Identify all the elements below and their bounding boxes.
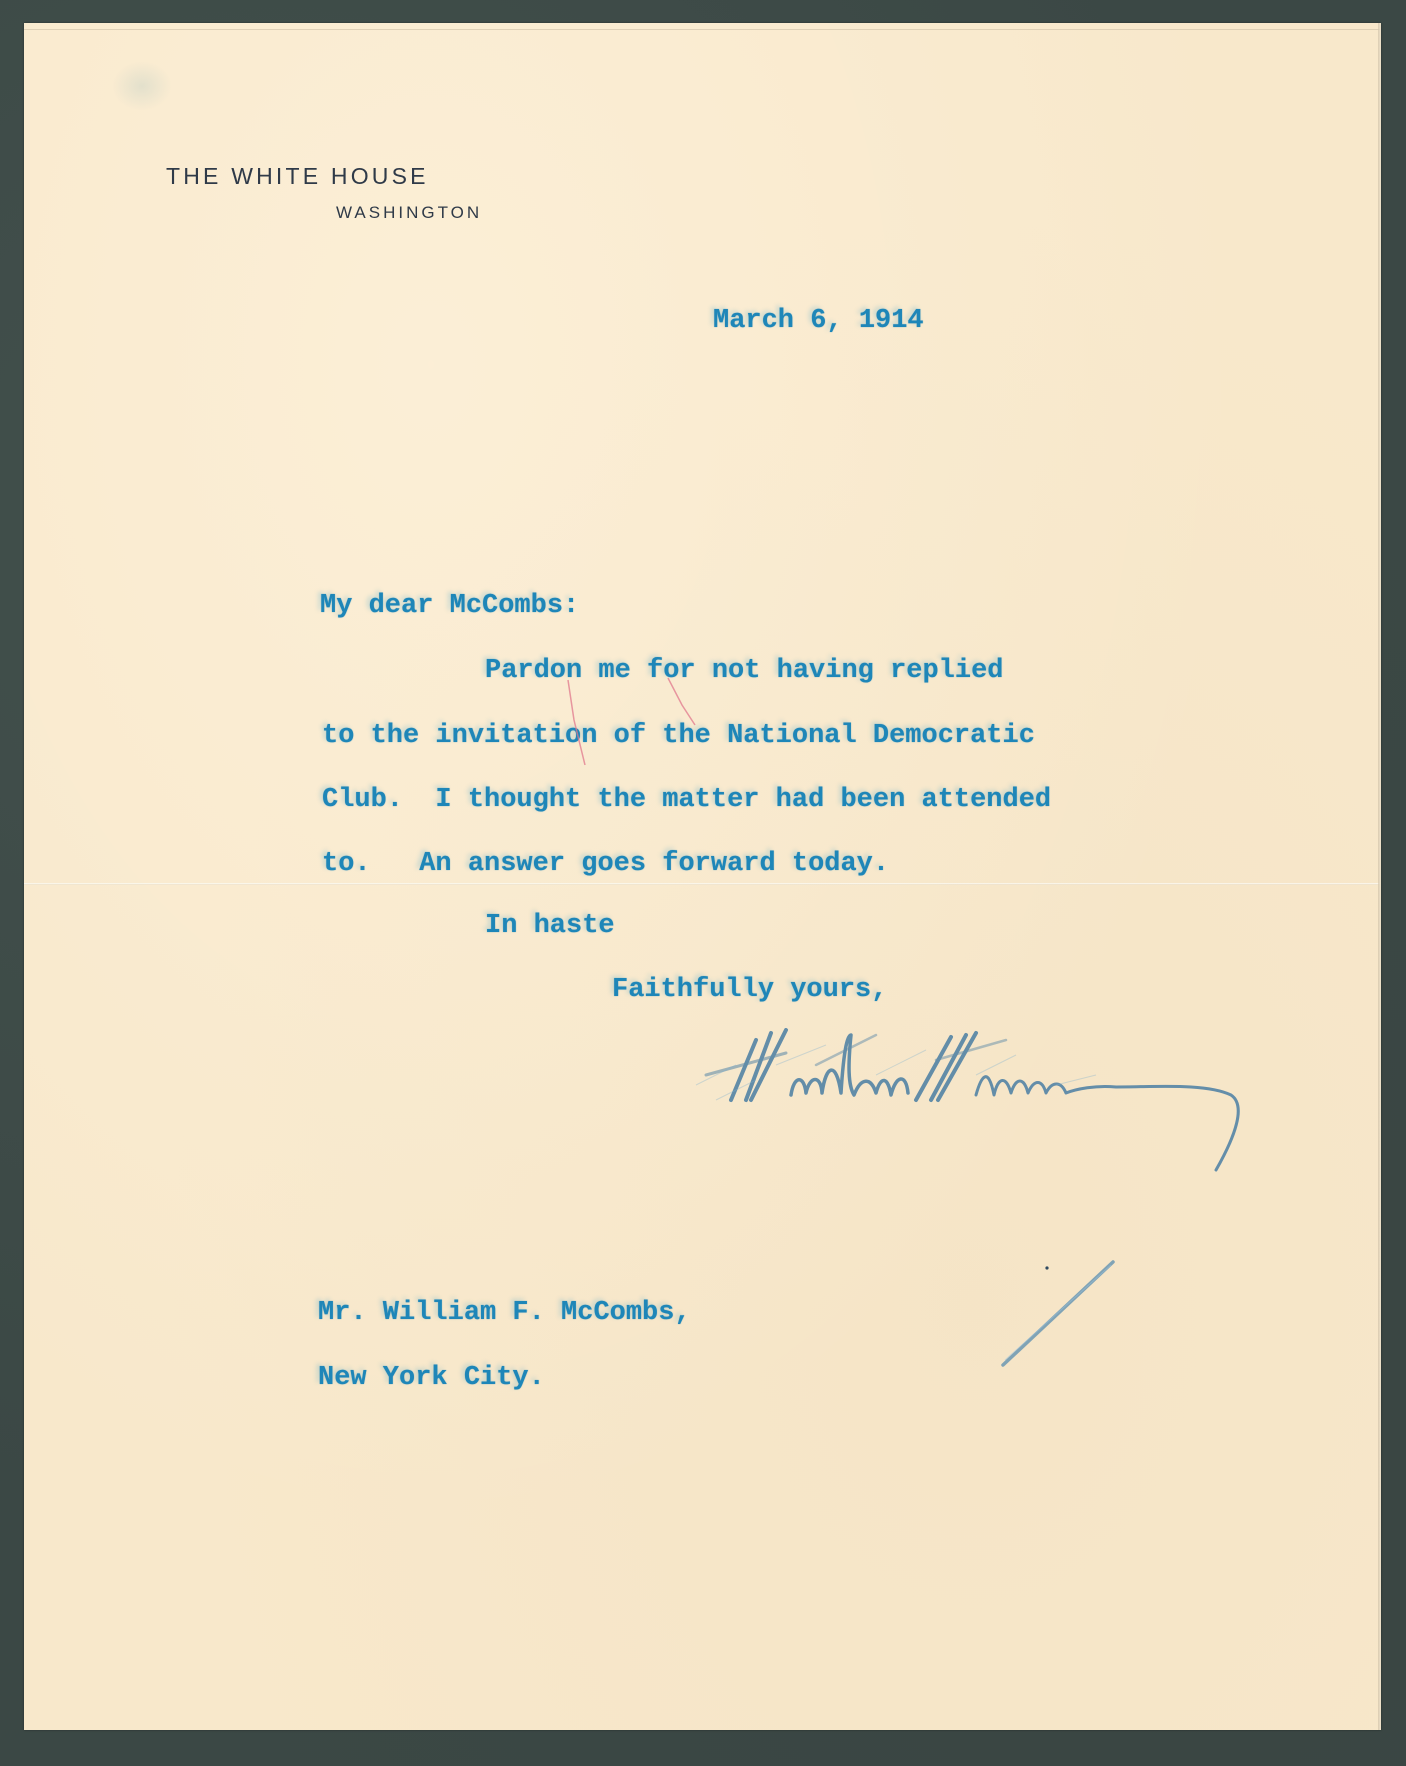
ink-smudge (112, 61, 172, 111)
signature-woodrow-wilson (676, 1005, 1266, 1175)
letterhead-title: THE WHITE HOUSE (166, 163, 429, 190)
recipient-city: New York City. (318, 1365, 545, 1392)
pen-slash-mark (975, 1235, 1115, 1375)
recipient-name: Mr. William F. McCombs, (318, 1300, 691, 1327)
paper-fold-line (24, 883, 1381, 885)
body-line-3: Club. I thought the matter had been atte… (322, 787, 1051, 814)
closing: Faithfully yours, (612, 977, 887, 1004)
paper-edge (24, 29, 1381, 30)
red-pencil-mark (540, 670, 740, 780)
salutation: My dear McCombs: (320, 593, 579, 620)
letter-date: March 6, 1914 (713, 308, 924, 335)
closing-note: In haste (485, 913, 615, 940)
body-line-4: to. An answer goes forward today. (322, 851, 889, 878)
letterhead-subtitle: WASHINGTON (336, 203, 482, 223)
